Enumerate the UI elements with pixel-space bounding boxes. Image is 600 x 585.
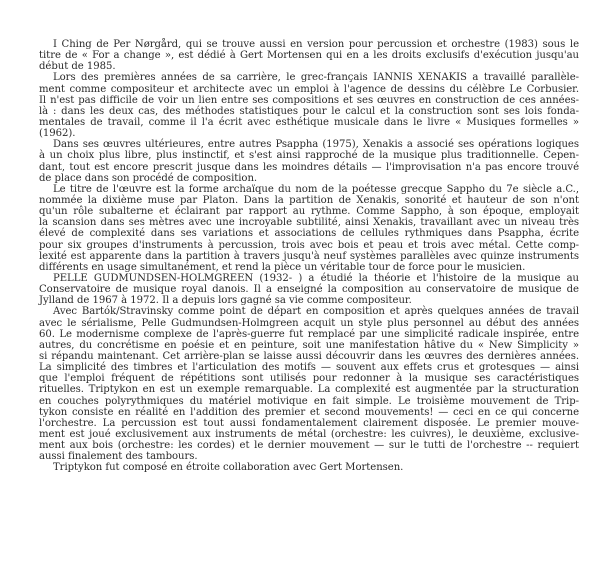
text-line: Il n'est pas difficile de voir un lien e… <box>25 95 579 106</box>
text-line: 60. Le modernisme complexe de l'après-gu… <box>25 329 579 340</box>
text-line: de place dans son procédé de composition… <box>25 173 579 184</box>
text-line: rituelles. Triptykon en est un exemple r… <box>25 384 579 395</box>
text-line: Le titre de l'œuvre est la forme archaïq… <box>25 184 579 195</box>
text-line: qu'un rôle subalterne et éclairant par r… <box>25 206 579 217</box>
text-line: dant, tout est encore prescrit jusque da… <box>25 162 579 173</box>
paragraph-xenakis-later: Dans ses œuvres ultérieures, entre autre… <box>25 139 579 184</box>
text-line: lexité est apparente dans la partition à… <box>25 251 579 262</box>
paragraph-holmgreen-bio: PELLE GUDMUNDSEN-HOLMGREEN (1932- ) a ét… <box>25 273 579 306</box>
text-line: pour six groupes d'instruments à percuss… <box>25 240 579 251</box>
text-line: nommée la dixième muse par Platon. Dans … <box>25 195 579 206</box>
text-line: Dans ses œuvres ultérieures, entre autre… <box>25 139 579 150</box>
text-line: si répandu maintenant. Cet arrière-plan … <box>25 351 579 362</box>
paragraph-norgard: I Ching de Per Nørgård, qui se trouve au… <box>25 39 579 72</box>
text-line: là : dans les deux cas, des méthodes sta… <box>25 106 579 117</box>
text-line: (1962). <box>25 128 579 139</box>
text-line: I Ching de Per Nørgård, qui se trouve au… <box>25 39 579 50</box>
text-line: La simplicité des timbres et l'articulat… <box>25 362 579 373</box>
text-line: Jylland de 1967 à 1972. Il a depuis lors… <box>25 295 579 306</box>
paragraph-triptykon-collab: Triptykon fut composé en étroite collabo… <box>25 462 579 473</box>
text-line: tykon consiste en réalité en l'addition … <box>25 407 579 418</box>
text-line: titre de « For a change », est dédié à G… <box>25 50 579 61</box>
paragraph-holmgreen-style: Avec Bartók/Stravinsky comme point de dé… <box>25 306 579 462</box>
text-line: ment comme compositeur et architecte ave… <box>25 84 579 95</box>
text-line: que l'emploi fréquent de répétitions son… <box>25 373 579 384</box>
text-line: avec le sérialisme, Pelle Gudmundsen-Hol… <box>25 318 579 329</box>
text-line: en couches polyrythmiques du matériel mo… <box>25 396 579 407</box>
text-line: Lors des premières années de sa carrière… <box>25 72 579 83</box>
text-line: aussi finalement des tambours. <box>25 451 579 462</box>
text-line: différents en usage simultanément, et re… <box>25 262 579 273</box>
text-line: Triptykon fut composé en étroite collabo… <box>25 462 579 473</box>
text-line: Conservatoire de musique royal danois. I… <box>25 284 579 295</box>
text-line: ment aux bois (orchestre: les cordes) et… <box>25 440 579 451</box>
text-line: à un choix plus libre, plus instinctif, … <box>25 150 579 161</box>
text-line: PELLE GUDMUNDSEN-HOLMGREEN (1932- ) a ét… <box>25 273 579 284</box>
paragraph-psappha-title: Le titre de l'œuvre est la forme archaïq… <box>25 184 579 273</box>
text-line: mentales de travail, comme il l'a écrit … <box>25 117 579 128</box>
text-line: autres, du concrétisme en poésie et en p… <box>25 340 579 351</box>
text-line: élevé de complexité dans ses variations … <box>25 228 579 239</box>
text-line: Avec Bartók/Stravinsky comme point de dé… <box>25 306 579 317</box>
text-line: la scansion dans ses mètres avec une inc… <box>25 217 579 228</box>
text-line: l'orchestre. La percussion est tout auss… <box>25 418 579 429</box>
document-page: I Ching de Per Nørgård, qui se trouve au… <box>25 39 579 473</box>
text-line: début de 1985. <box>25 61 579 72</box>
paragraph-xenakis-intro: Lors des premières années de sa carrière… <box>25 72 579 139</box>
text-line: ment est joué exclusivement aux instrume… <box>25 429 579 440</box>
